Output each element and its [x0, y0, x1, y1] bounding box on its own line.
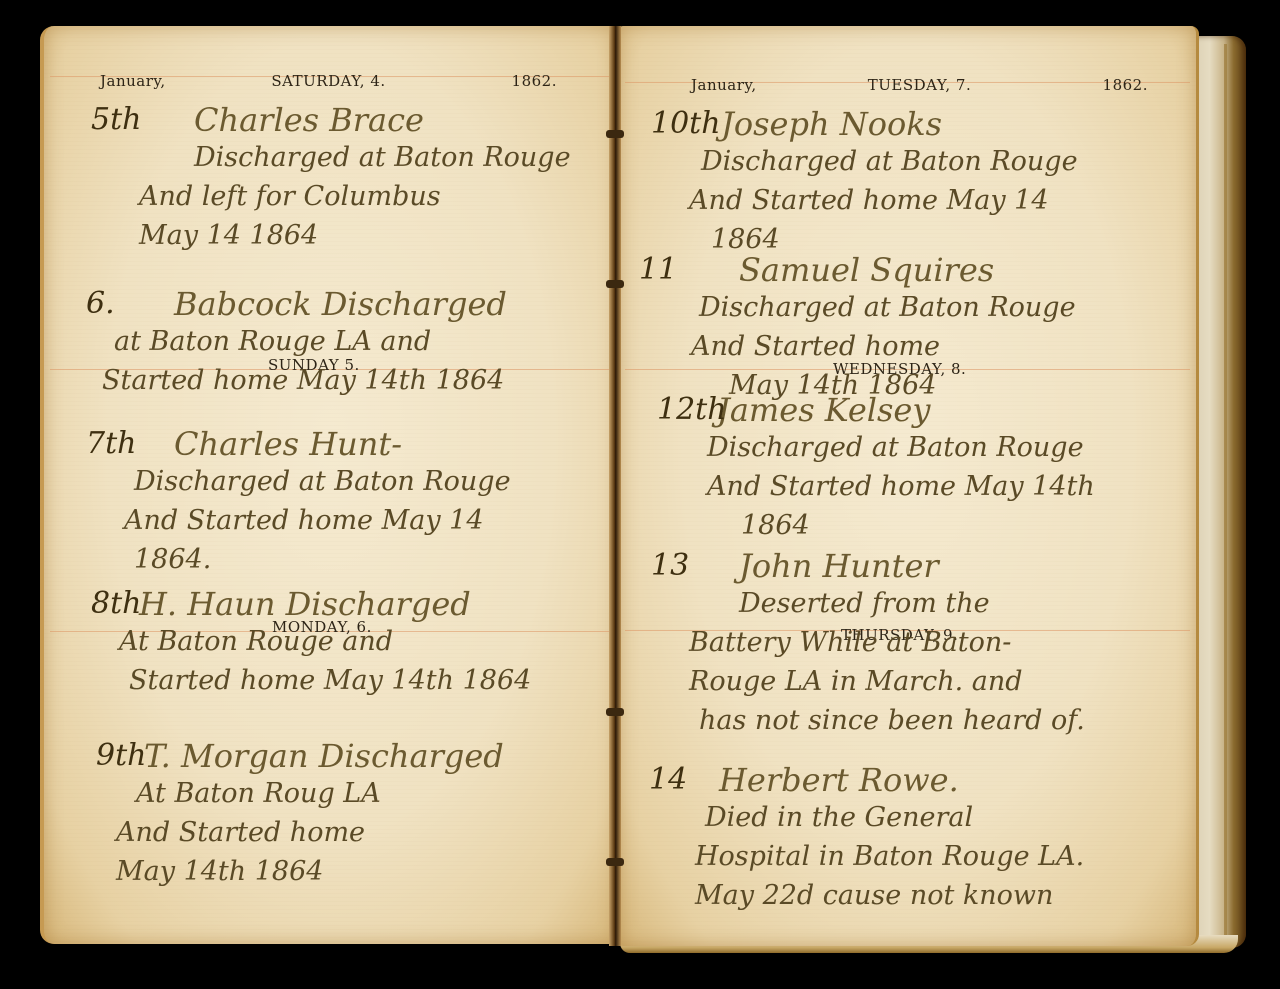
- entry: 5th Charles Brace Discharged at Baton Ro…: [139, 102, 571, 255]
- entry-number: 9th: [96, 738, 146, 773]
- entry: 12th James Kelsey Discharged at Baton Ro…: [707, 392, 1095, 545]
- entry-line: at Baton Rouge LA and: [114, 322, 507, 361]
- entry: 10th Joseph Nooks Discharged at Baton Ro…: [701, 106, 1078, 259]
- left-page: January, SATURDAY, 4. 1862. SUNDAY 5. MO…: [40, 26, 617, 944]
- header-month: January,: [691, 76, 757, 94]
- page-header: January, SATURDAY, 4. 1862.: [100, 72, 557, 90]
- header-day: TUESDAY, 7.: [868, 76, 971, 94]
- binding-stitch: [606, 858, 624, 866]
- entry-name: James Kelsey: [717, 392, 1095, 428]
- entry-line: And Started home May 14th: [707, 467, 1095, 506]
- entry-line: Discharged at Baton Rouge: [701, 142, 1078, 181]
- entry-number: 11: [639, 252, 677, 287]
- book-gutter: [609, 26, 621, 946]
- header-day: SATURDAY, 4.: [271, 72, 385, 90]
- entry: 6. Babcock Discharged at Baton Rouge LA …: [114, 286, 507, 400]
- binding-stitch: [606, 280, 624, 288]
- entry-number: 6.: [86, 286, 115, 321]
- entry-name: Joseph Nooks: [721, 106, 1078, 142]
- binding-stitch: [606, 130, 624, 138]
- entry-line: Hospital in Baton Rouge LA.: [695, 837, 1084, 876]
- entry: 11 Samuel Squires Discharged at Baton Ro…: [699, 252, 1076, 405]
- entry-line: At Baton Rouge and: [119, 622, 531, 661]
- entry: 8th H. Haun Discharged At Baton Rouge an…: [139, 586, 531, 700]
- entry-name: Samuel Squires: [739, 252, 1076, 288]
- entry-number: 7th: [86, 426, 136, 461]
- entry-number: 12th: [657, 392, 727, 427]
- entry-name: Charles Hunt-: [174, 426, 511, 462]
- entry-line: 1864.: [134, 540, 511, 579]
- header-year: 1862.: [512, 72, 557, 90]
- entry-line: Discharged at Baton Rouge: [699, 288, 1076, 327]
- entry-number: 14: [649, 762, 687, 797]
- entry-name: H. Haun Discharged: [139, 586, 531, 622]
- entry: 13 John Hunter Deserted from the Battery…: [709, 548, 1085, 740]
- entry-line: Battery While at Baton-: [689, 623, 1085, 662]
- entry-line: Discharged at Baton Rouge: [707, 428, 1095, 467]
- entry-number: 10th: [651, 106, 721, 141]
- entry-line: Died in the General: [705, 798, 1084, 837]
- header-month: January,: [100, 72, 166, 90]
- entry-number: 13: [651, 548, 689, 583]
- entry-line: May 22d cause not known: [695, 876, 1084, 915]
- entry-line: May 14 1864: [139, 216, 571, 255]
- entry-line: May 14th 1864: [116, 852, 504, 891]
- entry: 14 Herbert Rowe. Died in the General Hos…: [719, 762, 1084, 915]
- entry-line: Discharged at Baton Rouge: [134, 462, 511, 501]
- entry-name: Charles Brace: [194, 102, 571, 138]
- entry-name: T. Morgan Discharged: [144, 738, 504, 774]
- entry-line: Deserted from the: [739, 584, 1085, 623]
- entry-line: And Started home May 14: [689, 181, 1078, 220]
- entry-line: And Started home: [691, 327, 1076, 366]
- entry-line: Started home May 14th 1864: [129, 661, 531, 700]
- entry-name: Babcock Discharged: [174, 286, 507, 322]
- entry-name: Herbert Rowe.: [719, 762, 1084, 798]
- entry-name: John Hunter: [739, 548, 1085, 584]
- entry-line: At Baton Roug LA: [136, 774, 504, 813]
- entry-number: 5th: [91, 102, 141, 137]
- entry-line: Started home May 14th 1864: [102, 361, 507, 400]
- entry-line: Discharged at Baton Rouge: [194, 138, 571, 177]
- entry-line: And Started home May 14: [124, 501, 511, 540]
- entry: 9th T. Morgan Discharged At Baton Roug L…: [144, 738, 504, 891]
- header-year: 1862.: [1103, 76, 1148, 94]
- entry-line: has not since been heard of.: [699, 701, 1085, 740]
- binding-stitch: [606, 708, 624, 716]
- entry-number: 8th: [91, 586, 141, 621]
- entry-line: And left for Columbus: [139, 177, 571, 216]
- entry-line: And Started home: [116, 813, 504, 852]
- open-diary-book: January, SATURDAY, 4. 1862. SUNDAY 5. MO…: [0, 0, 1280, 989]
- page-header: January, TUESDAY, 7. 1862.: [691, 76, 1148, 94]
- right-page: January, TUESDAY, 7. 1862. WEDNESDAY, 8.…: [619, 26, 1199, 946]
- entry-line: Rouge LA in March. and: [689, 662, 1085, 701]
- entry: 7th Charles Hunt- Discharged at Baton Ro…: [134, 426, 511, 579]
- entry-line: 1864: [741, 506, 1095, 545]
